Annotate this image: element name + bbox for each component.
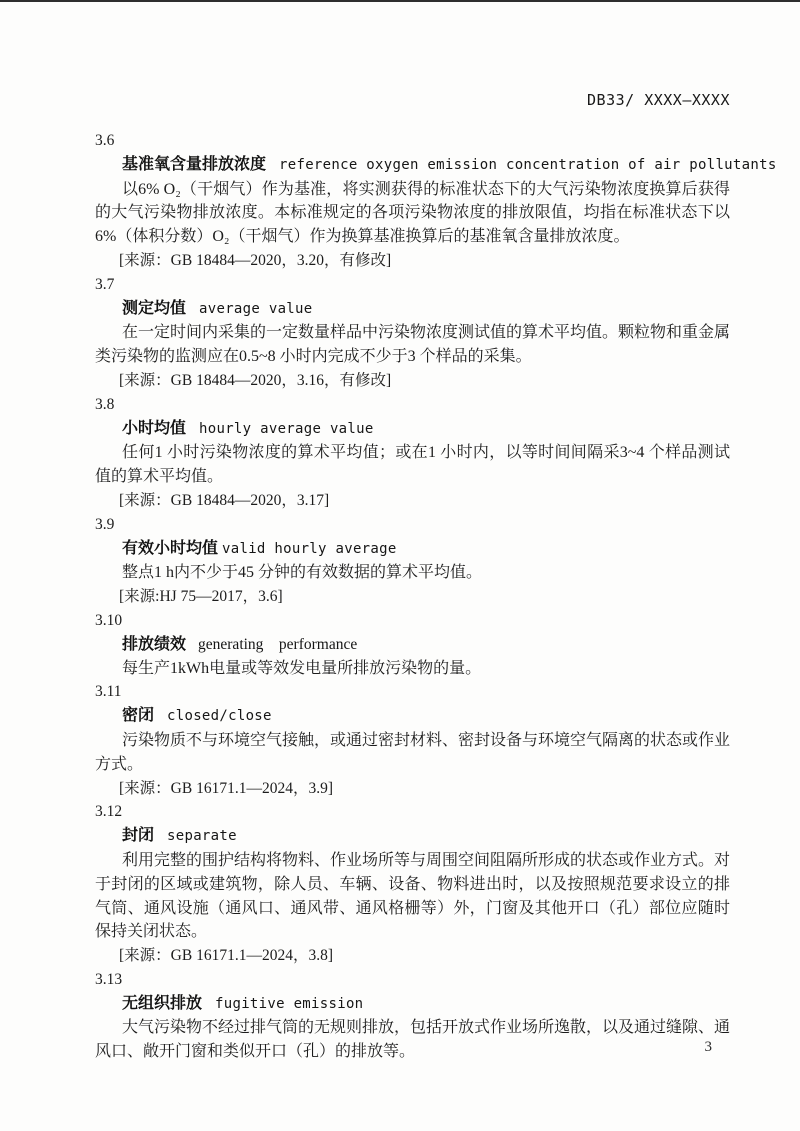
document-page: DB33/ XXXX—XXXX 3.6 基准氧含量排放浓度 reference … — [0, 0, 800, 1131]
term-section-3-12: 3.12 封闭 separate 利用完整的围护结构将物料、作业场所等与周围空间… — [95, 800, 730, 968]
definition-text: 利用完整的围护结构将物料、作业场所等与周围空间阻隔所形成的状态或作业方式。对于封… — [95, 849, 730, 944]
term-section-3-7: 3.7 测定均值 average value 在一定时间内采集的一定数量样品中污… — [95, 273, 730, 393]
definition-text: 每生产1kWh电量或等效发电量所排放污染物的量。 — [95, 657, 730, 681]
term-heading: 密闭 closed/close — [95, 704, 730, 729]
term-chinese: 密闭 — [122, 707, 154, 724]
definition-text: 以6% O₂（干烟气）作为基准，将实测获得的标准状态下的大气污染物浓度换算后获得… — [95, 178, 730, 249]
term-heading: 封闭 separate — [95, 824, 730, 849]
terms-content: 3.6 基准氧含量排放浓度 reference oxygen emission … — [95, 129, 730, 1064]
term-section-3-6: 3.6 基准氧含量排放浓度 reference oxygen emission … — [95, 129, 730, 273]
definition-text: 整点1 h内不少于45 分钟的有效数据的算术平均值。 — [95, 561, 730, 585]
definition-text: 大气污染物不经过排气筒的无规则排放，包括开放式作业场所逸散，以及通过缝隙、通风口… — [95, 1016, 730, 1064]
definition-text: 任何1 小时污染物浓度的算术平均值；或在1 小时内，以等时间间隔采3~4 个样品… — [95, 441, 730, 489]
source-reference: [来源：GB 18484—2020，3.17] — [95, 489, 730, 513]
term-english: generating performance — [198, 636, 357, 653]
term-section-3-13: 3.13 无组织排放 fugitive emission 大气污染物不经过排气筒… — [95, 968, 730, 1064]
term-section-3-9: 3.9 有效小时均值 valid hourly average 整点1 h内不少… — [95, 513, 730, 609]
term-english: fugitive emission — [215, 996, 363, 1012]
term-heading: 有效小时均值 valid hourly average — [95, 537, 730, 562]
term-chinese: 封闭 — [122, 827, 154, 844]
section-number: 3.9 — [95, 513, 730, 537]
term-chinese: 小时均值 — [122, 420, 186, 437]
term-heading: 排放绩效 generating performance — [95, 633, 730, 657]
document-header: DB33/ XXXX—XXXX — [95, 92, 730, 108]
section-number: 3.10 — [95, 609, 730, 633]
section-number: 3.13 — [95, 968, 730, 992]
term-english: average value — [199, 301, 312, 317]
section-number: 3.11 — [95, 680, 730, 704]
term-english: closed/close — [167, 708, 272, 724]
term-english: separate — [167, 828, 237, 844]
section-number: 3.12 — [95, 800, 730, 824]
term-chinese: 无组织排放 — [122, 995, 202, 1012]
term-heading: 测定均值 average value — [95, 297, 730, 322]
term-heading: 小时均值 hourly average value — [95, 417, 730, 442]
term-chinese: 基准氧含量排放浓度 — [122, 156, 266, 173]
term-english: reference oxygen emission concentration … — [279, 157, 777, 173]
section-number: 3.8 — [95, 393, 730, 417]
term-english: valid hourly average — [222, 541, 397, 557]
term-chinese: 排放绩效 — [122, 636, 186, 653]
source-reference: [来源：GB 16171.1—2024，3.9] — [95, 777, 730, 801]
term-heading: 基准氧含量排放浓度 reference oxygen emission conc… — [95, 153, 730, 178]
source-reference: [来源:HJ 75—2017，3.6] — [95, 585, 730, 609]
source-reference: [来源：GB 18484—2020，3.20，有修改] — [95, 249, 730, 273]
section-number: 3.6 — [95, 129, 730, 153]
term-heading: 无组织排放 fugitive emission — [95, 992, 730, 1017]
source-reference: [来源：GB 16171.1—2024，3.8] — [95, 944, 730, 968]
term-section-3-8: 3.8 小时均值 hourly average value 任何1 小时污染物浓… — [95, 393, 730, 513]
definition-text: 污染物质不与环境空气接触，或通过密封材料、密封设备与环境空气隔离的状态或作业方式… — [95, 729, 730, 777]
term-chinese: 测定均值 — [122, 300, 186, 317]
term-chinese: 有效小时均值 — [122, 540, 218, 557]
page-number: 3 — [705, 1038, 713, 1056]
standard-number: DB33/ XXXX—XXXX — [587, 91, 730, 109]
section-number: 3.7 — [95, 273, 730, 297]
term-english: hourly average value — [199, 421, 374, 437]
term-section-3-10: 3.10 排放绩效 generating performance 每生产1kWh… — [95, 609, 730, 680]
source-reference: [来源：GB 18484—2020，3.16，有修改] — [95, 369, 730, 393]
definition-text: 在一定时间内采集的一定数量样品中污染物浓度测试值的算术平均值。颗粒物和重金属类污… — [95, 321, 730, 369]
term-section-3-11: 3.11 密闭 closed/close 污染物质不与环境空气接触，或通过密封材… — [95, 680, 730, 800]
